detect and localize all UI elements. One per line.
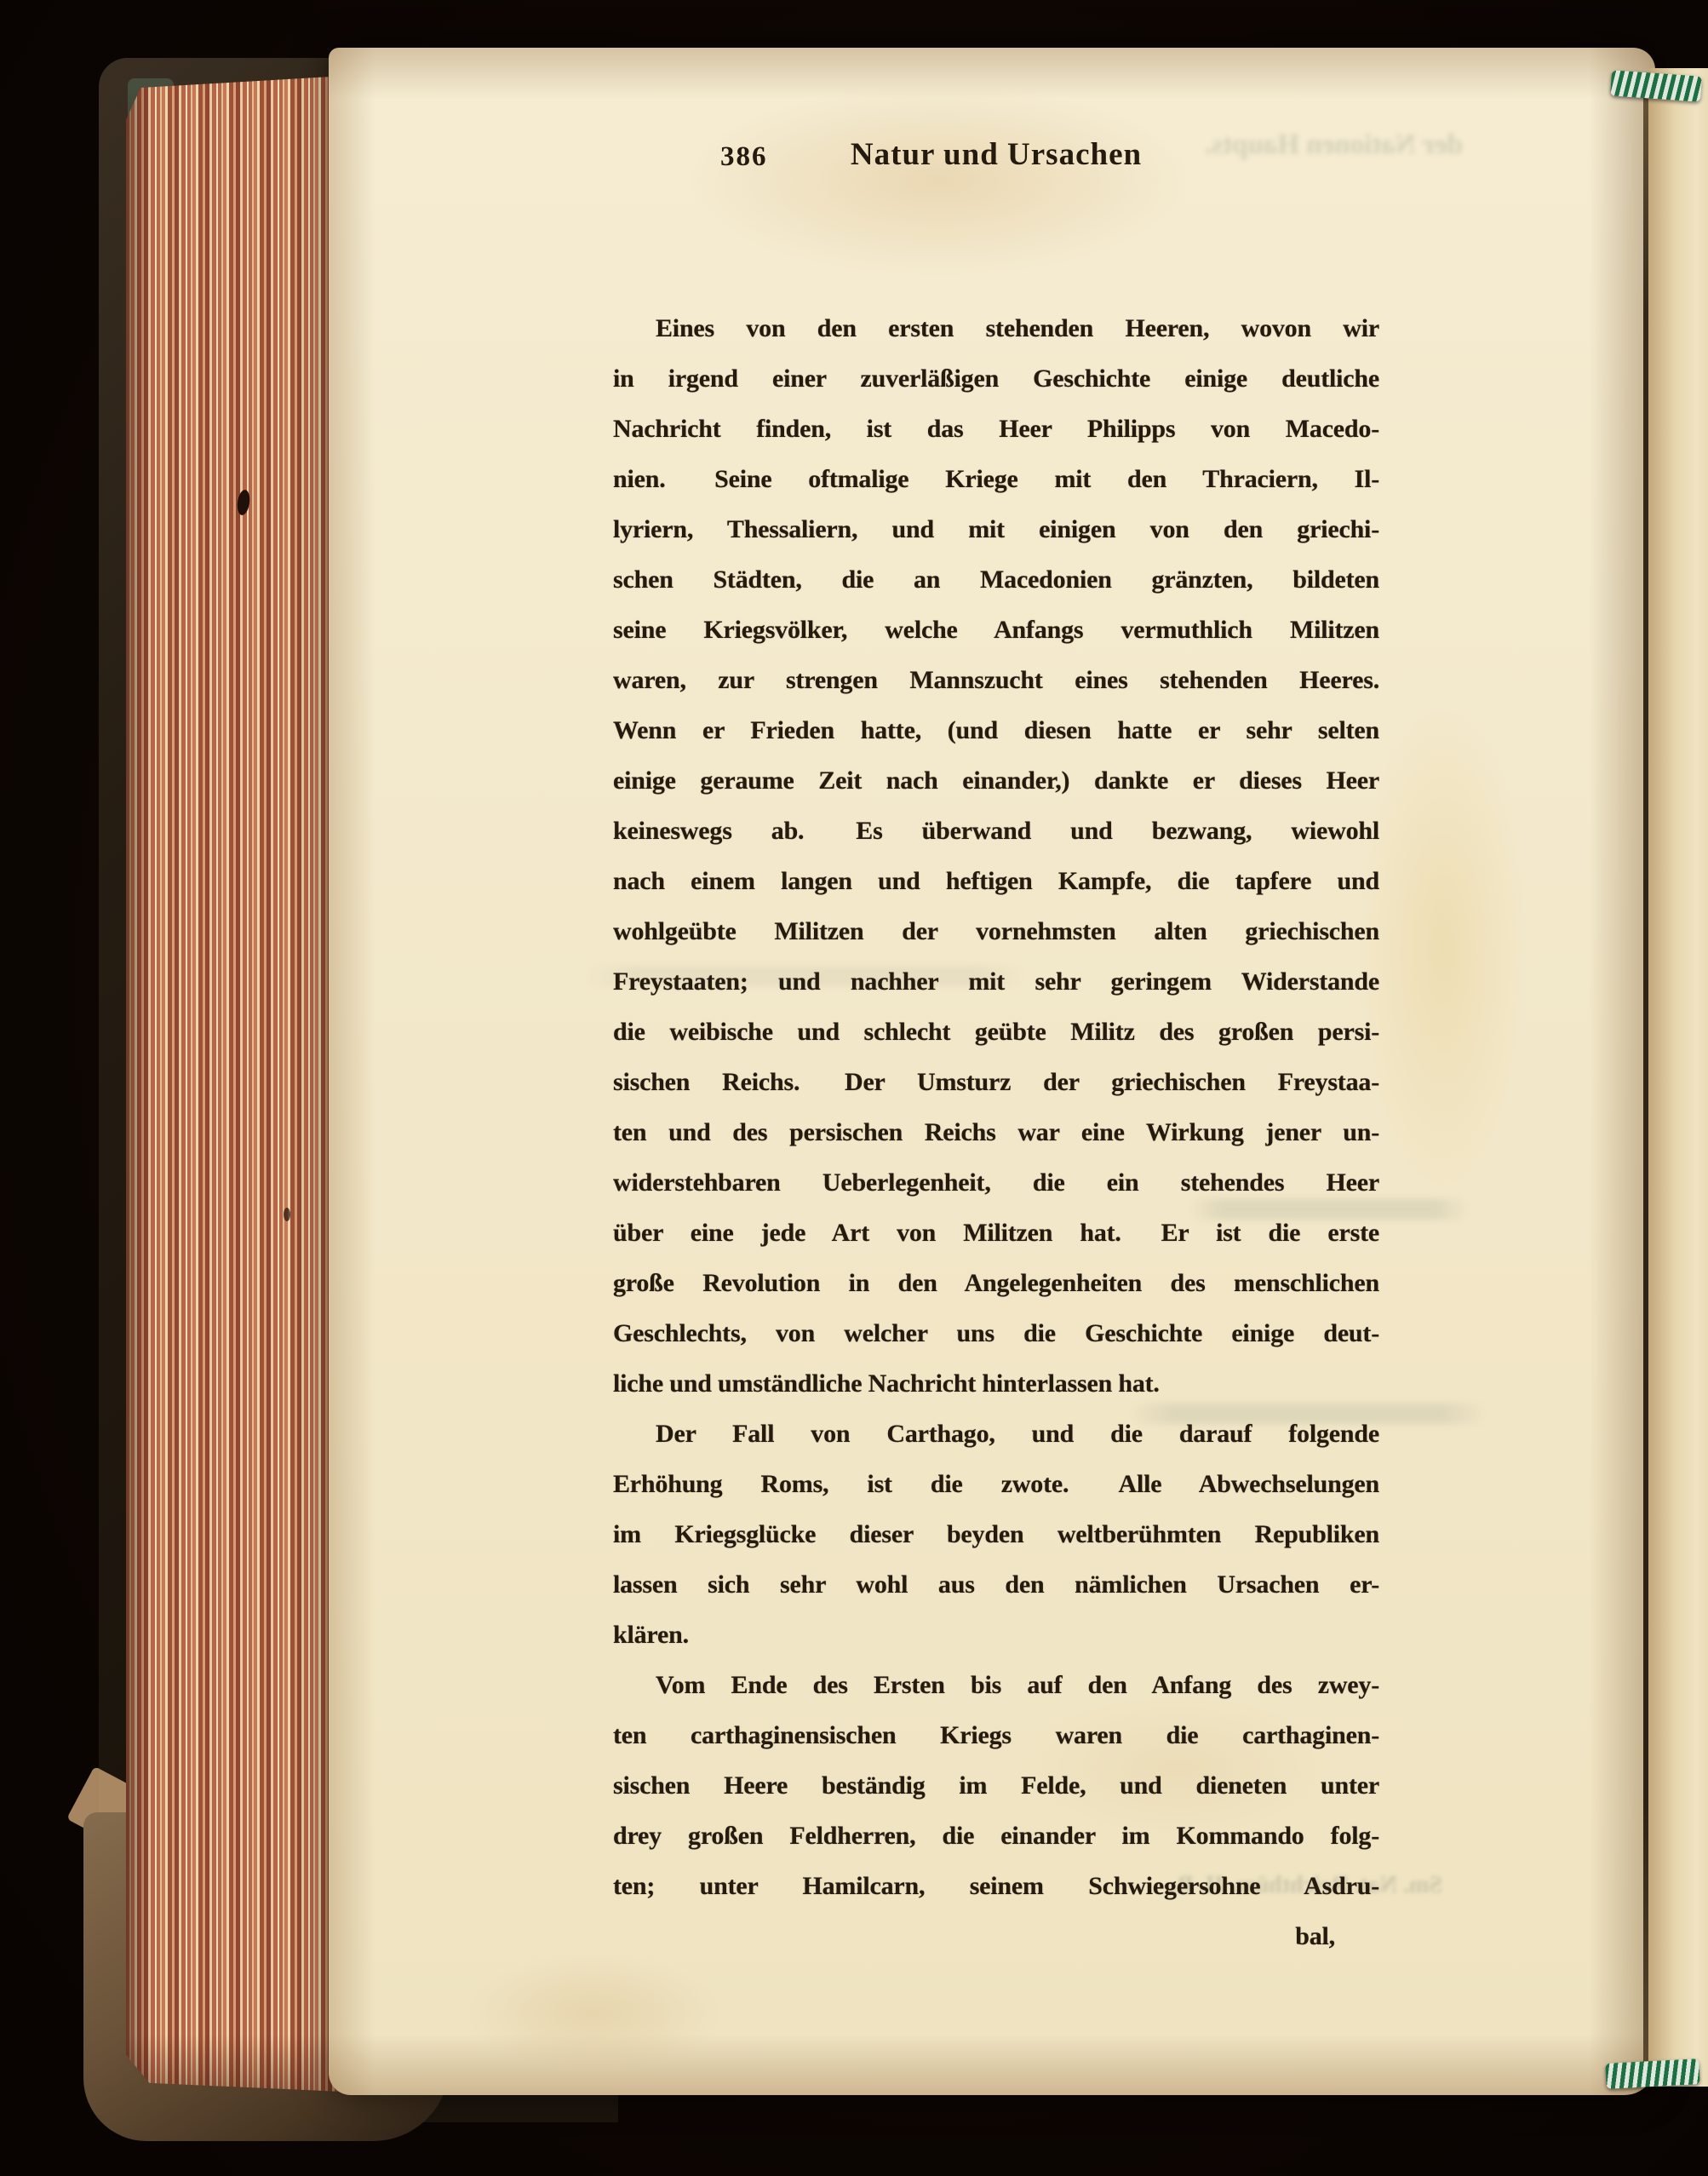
text-line: nien. Seine oftmalige Kriege mit den Thr…: [613, 454, 1379, 504]
text-line: widerstehbaren Ueberlegenheit, die ein s…: [613, 1157, 1379, 1208]
text-line: Wenn er Frieden hatte, (und diesen hatte…: [613, 705, 1379, 755]
text-line: keineswegs ab. Es überwand und bezwang, …: [613, 806, 1379, 856]
text-line: klären.: [613, 1610, 1379, 1660]
text-line: lassen sich sehr wohl aus den nämlichen …: [613, 1559, 1379, 1610]
text-line: sischen Heere beständig im Felde, und di…: [613, 1760, 1379, 1811]
facing-page-edge: [1648, 68, 1708, 2087]
fore-edge-speck: [284, 1208, 290, 1221]
text-line: ten carthaginensischen Kriegs waren die …: [613, 1710, 1379, 1760]
text-line: Erhöhung Roms, ist die zwote. Alle Abwec…: [613, 1459, 1379, 1509]
catchword: bal,: [613, 1911, 1379, 1961]
gutter-crease: [1643, 77, 1648, 2080]
photo-background: { "page": { "number": "386", "header_tit…: [0, 0, 1708, 2176]
text-line: große Revolution in den Angelegenheiten …: [613, 1258, 1379, 1308]
text-line: die weibische und schlecht geübte Militz…: [613, 1007, 1379, 1057]
text-line: Freystaaten; und nachher mit sehr gering…: [613, 956, 1379, 1007]
text-line: einige geraume Zeit nach einander,) dank…: [613, 755, 1379, 806]
text-block: 386 Natur und Ursachen Eines von den ers…: [613, 48, 1379, 2095]
book-page: der Nationen Haupts. Sm. Nat. Reichthüm.…: [329, 48, 1655, 2095]
text-line: ten; unter Hamilcarn, seinem Schwiegerso…: [613, 1861, 1379, 1911]
text-line: in irgend einer zuverläßigen Geschichte …: [613, 353, 1379, 404]
text-line: drey großen Feldherren, die einander im …: [613, 1811, 1379, 1861]
text-line: lyriern, Thessaliern, und mit einigen vo…: [613, 504, 1379, 554]
text-line: schen Städten, die an Macedonien gränzte…: [613, 554, 1379, 605]
page-header: 386 Natur und Ursachen: [613, 136, 1379, 187]
body-lines: Eines von den ersten stehenden Heeren, w…: [613, 303, 1379, 1961]
text-line: über eine jede Art von Militzen hat. Er …: [613, 1208, 1379, 1258]
text-line: waren, zur strengen Mannszucht eines ste…: [613, 655, 1379, 705]
endband-bottom: [1605, 2058, 1699, 2089]
text-line: liche und umständliche Nachricht hinterl…: [613, 1358, 1379, 1409]
text-line: ten und des persischen Reichs war eine W…: [613, 1107, 1379, 1157]
text-line: wohlgeübte Militzen der vornehmsten alte…: [613, 906, 1379, 956]
text-line: im Kriegsglücke dieser beyden weltberühm…: [613, 1509, 1379, 1559]
text-line: nach einem langen und heftigen Kampfe, d…: [613, 856, 1379, 906]
text-line: Vom Ende des Ersten bis auf den Anfang d…: [613, 1660, 1379, 1710]
text-line: Der Fall von Carthago, und die darauf fo…: [613, 1409, 1379, 1459]
text-line: Eines von den ersten stehenden Heeren, w…: [613, 303, 1379, 353]
running-header-title: Natur und Ursachen: [613, 136, 1379, 173]
text-line: Nachricht finden, ist das Heer Philipps …: [613, 404, 1379, 454]
text-line: seine Kriegsvölker, welche Anfangs vermu…: [613, 605, 1379, 655]
text-line: sischen Reichs. Der Umsturz der griechis…: [613, 1057, 1379, 1107]
text-line: Geschlechts, von welcher uns die Geschic…: [613, 1308, 1379, 1358]
